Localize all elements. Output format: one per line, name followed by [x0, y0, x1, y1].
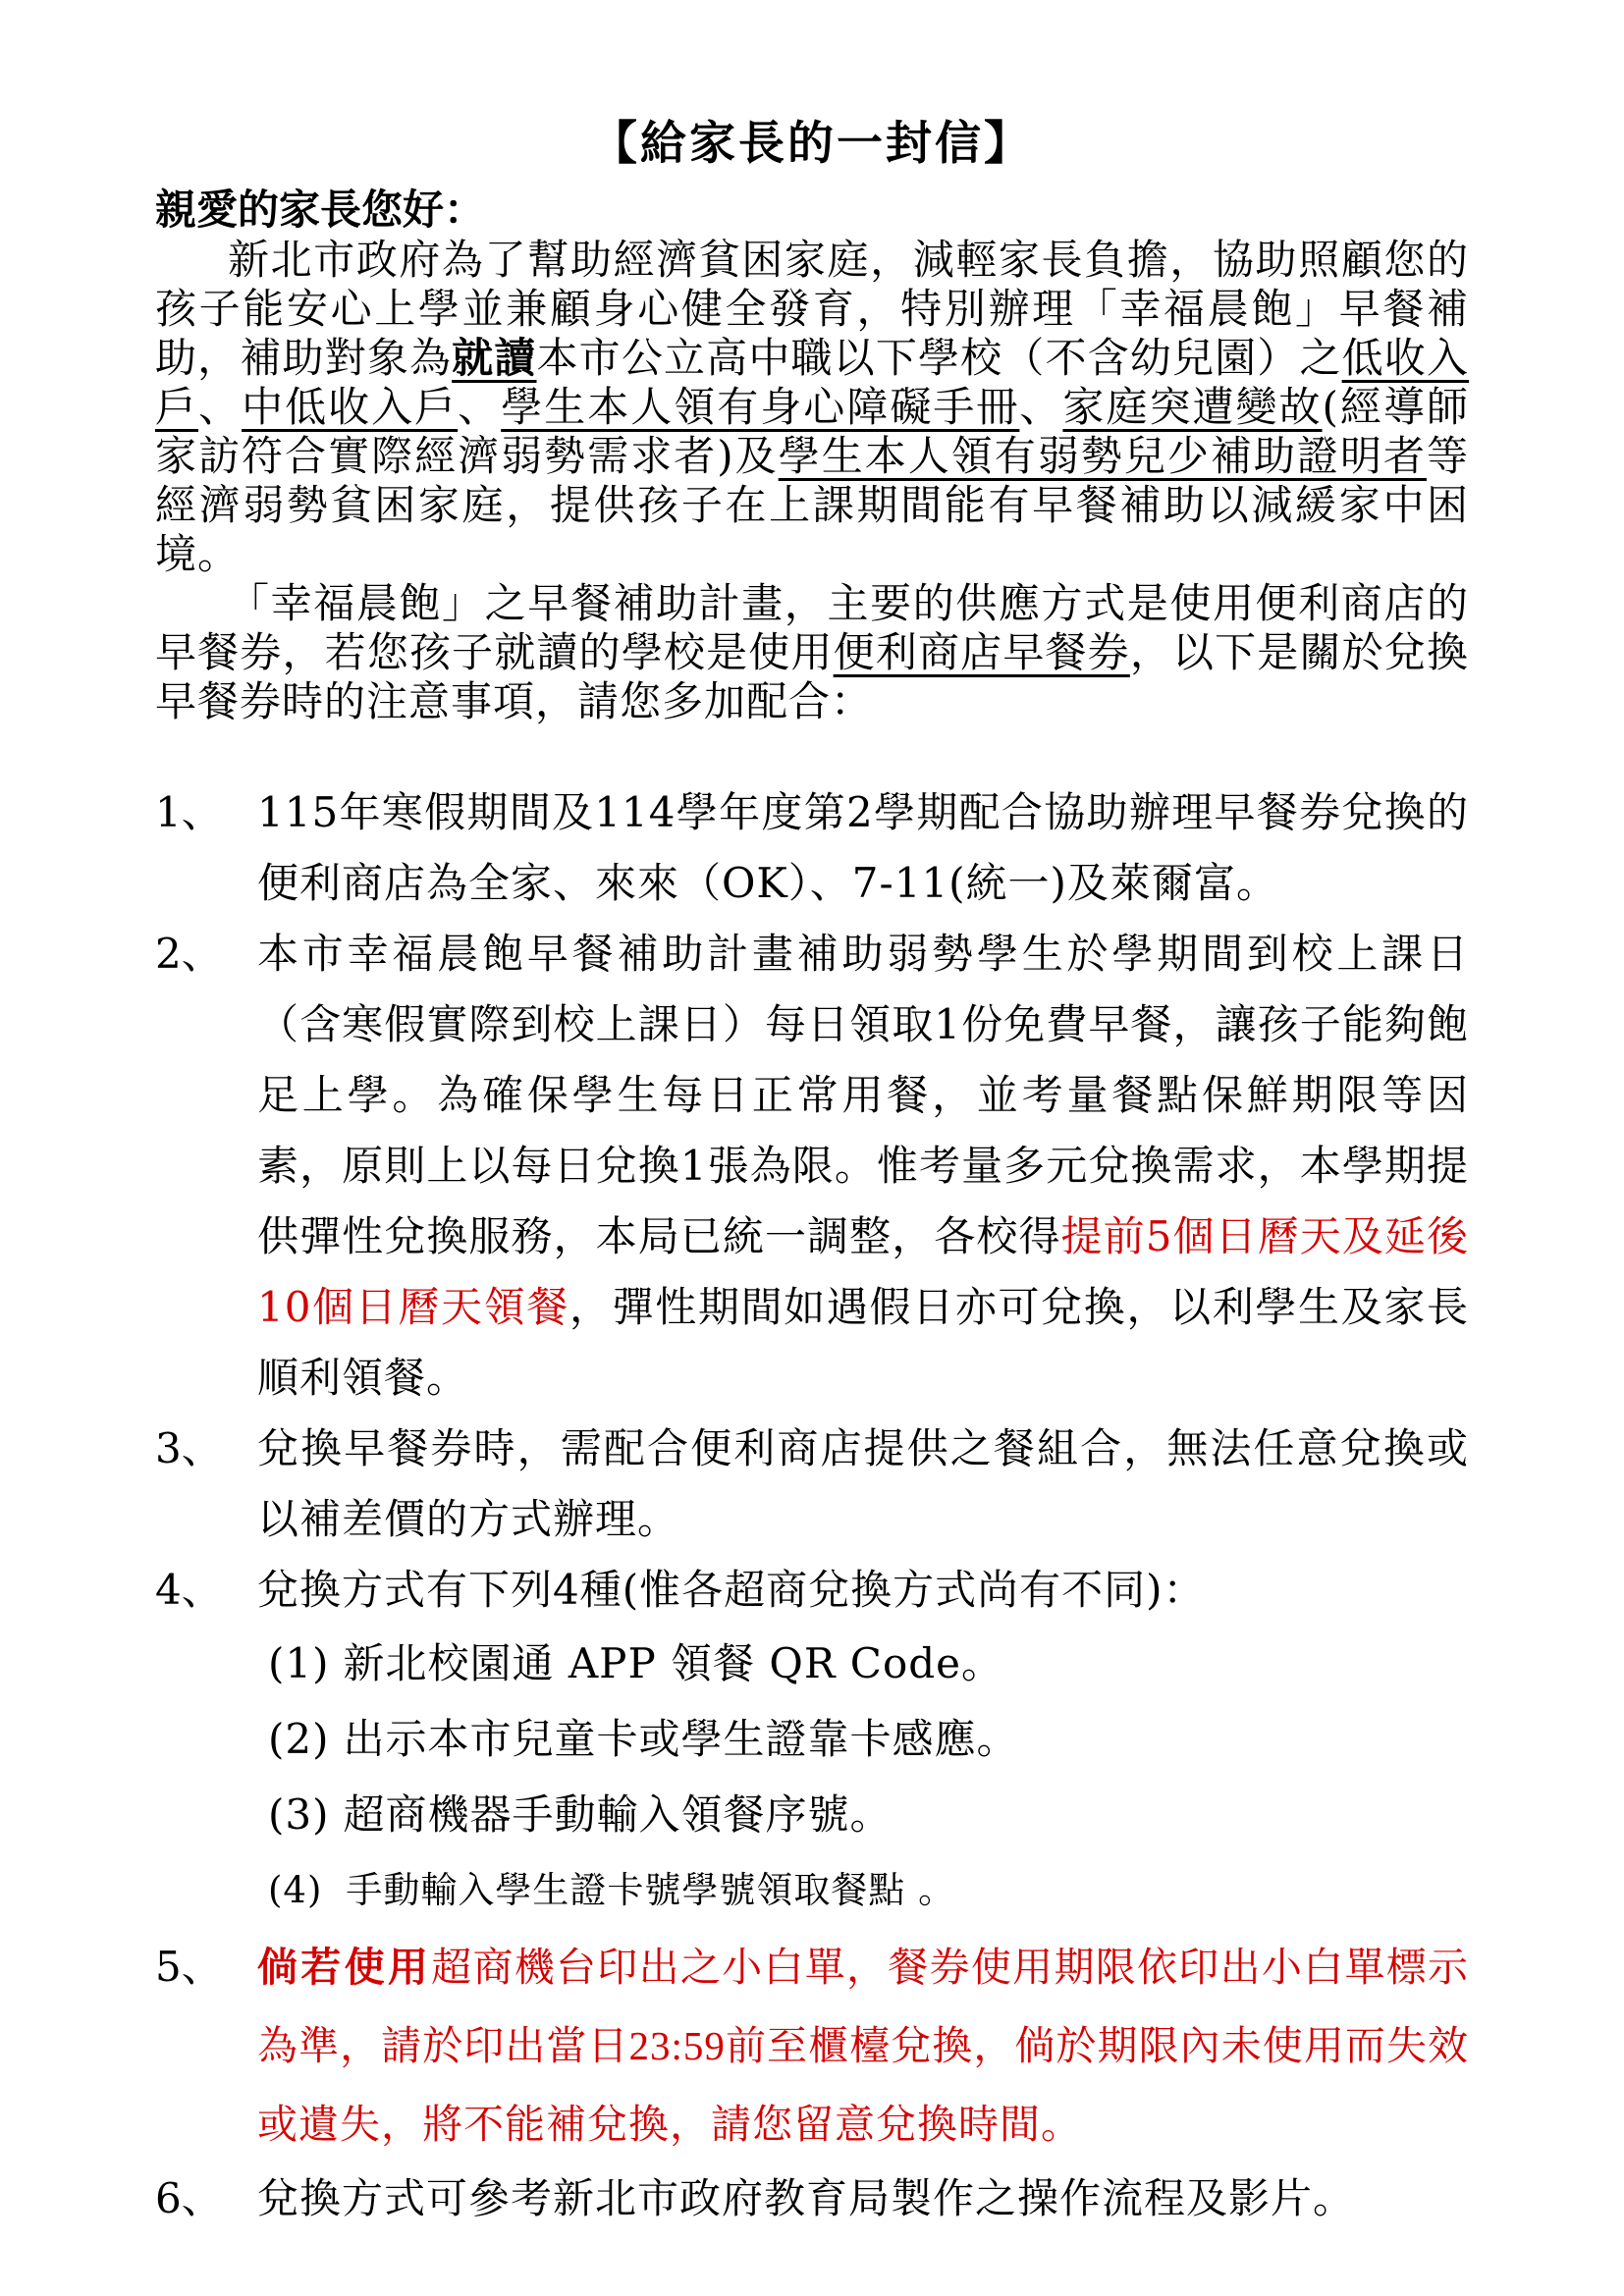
list-item-6: 6、兌換方式可參考新北市政府教育局製作之操作流程及影片。: [155, 2163, 1469, 2234]
list-item-text: 本市幸福晨飽早餐補助計畫補助弱勢學生於學期間到校上課日（含寒假實際到校上課日）每…: [257, 930, 1469, 1260]
sub-item-3: (3)超商機器手動輸入領餐序號。: [155, 1777, 1469, 1852]
list-item-number: 4、: [155, 1555, 223, 1626]
text-segment: 本市公立高中職以下學校（不含幼兒園）之: [537, 334, 1342, 382]
sub-item-text: 手動輸入學生證卡號學號領取餐點 。: [346, 1869, 955, 1911]
emphasis-store-voucher: 便利商店早餐券: [834, 628, 1130, 676]
sub-item-number: (4): [268, 1869, 322, 1911]
text-segment: 、: [198, 383, 242, 431]
sub-item-number: (1): [268, 1639, 330, 1687]
emphasis-family-hardship: 家庭突遭變故: [1062, 383, 1322, 431]
emphasis-enrolled: 就讀: [452, 334, 536, 382]
notice-list: 1、115年寒假期間及114學年度第2學期配合協助辦理早餐券兌換的便利商店為全家…: [155, 777, 1469, 2234]
list-item-number: 5、: [155, 1928, 223, 2006]
sub-item-2: (2)出示本市兒童卡或學生證靠卡感應。: [155, 1701, 1469, 1777]
list-item-text: 兌換早餐券時，需配合便利商店提供之餐組合，無法任意兌換或以補差價的方式辦理。: [257, 1424, 1469, 1543]
sub-item-4: (4)手動輸入學生證卡號學號領取餐點 。: [155, 1852, 1469, 1928]
list-item-text: 兌換方式有下列4種(惟各超商兌換方式尚有不同)：: [257, 1566, 1206, 1614]
emphasis-if-using: 倘若使用: [257, 1944, 431, 1991]
list-item-number: 2、: [155, 919, 223, 989]
letter-page: 【給家長的一封信】 親愛的家長您好： 新北市政府為了幫助經濟貧困家庭，減輕家長負…: [0, 0, 1624, 2296]
list-item-3: 3、兌換早餐券時，需配合便利商店提供之餐組合，無法任意兌換或以補差價的方式辦理。: [155, 1414, 1469, 1555]
paragraph-program: 「幸福晨飽」之早餐補助計畫，主要的供應方式是使用便利商店的早餐券，若您孩子就讀的…: [155, 579, 1469, 726]
list-item-text: 115年寒假期間及114學年度第2學期配合協助辦理早餐券兌換的便利商店為全家、來…: [257, 788, 1469, 907]
list-item-number: 3、: [155, 1414, 223, 1484]
text-segment: 、: [458, 383, 501, 431]
emphasis-receipt-deadline: 超商機台印出之小白單，餐券使用期限依印出小白單標示為準，請於印出當日23:59前…: [257, 1945, 1469, 2147]
list-item-number: 1、: [155, 777, 223, 848]
emphasis-vulnerable-child-proof: 學生本人領有弱勢兒少補助證明者: [779, 432, 1427, 480]
emphasis-disability-handbook: 學生本人領有身心障礙手冊: [501, 383, 1019, 431]
salutation: 親愛的家長您好：: [155, 185, 1469, 236]
letter-title: 【給家長的一封信】: [155, 116, 1469, 173]
sub-item-text: 出示本市兒童卡或學生證靠卡感應。: [344, 1715, 1019, 1763]
list-item-4: 4、兌換方式有下列4種(惟各超商兌換方式尚有不同)：: [155, 1555, 1469, 1626]
list-item-text: 兌換方式可參考新北市政府教育局製作之操作流程及影片。: [257, 2174, 1355, 2222]
sub-item-number: (3): [268, 1790, 330, 1839]
list-item-5: 5、倘若使用超商機台印出之小白單，餐券使用期限依印出小白單標示為準，請於印出當日…: [155, 1928, 1469, 2163]
list-item-1: 1、115年寒假期間及114學年度第2學期配合協助辦理早餐券兌換的便利商店為全家…: [155, 777, 1469, 919]
text-segment: 、: [1019, 383, 1062, 431]
sub-item-1: (1)新北校園通 APP 領餐 QR Code。: [155, 1626, 1469, 1701]
sub-item-number: (2): [268, 1715, 330, 1763]
list-item-2: 2、本市幸福晨飽早餐補助計畫補助弱勢學生於學期間到校上課日（含寒假實際到校上課日…: [155, 919, 1469, 1414]
paragraph-intro: 新北市政府為了幫助經濟貧困家庭，減輕家長負擔，協助照顧您的孩子能安心上學並兼顧身…: [155, 236, 1469, 579]
list-item-number: 6、: [155, 2163, 223, 2234]
sub-item-text: 新北校園通 APP 領餐 QR Code。: [344, 1639, 1003, 1687]
emphasis-mid-low-income: 中低收入戶: [242, 383, 458, 431]
sub-item-text: 超商機器手動輸入領餐序號。: [344, 1790, 893, 1839]
